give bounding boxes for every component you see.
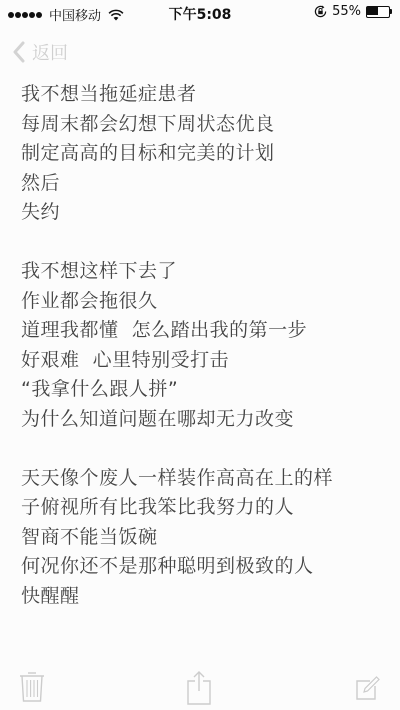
status-bar: 中国移动 下午5:08 55% xyxy=(0,0,400,26)
note-line: 每周末都会幻想下周状态优良 xyxy=(21,110,388,140)
back-chevron-icon xyxy=(12,41,26,63)
note-line: 好艰难 心里特别受打击 xyxy=(21,346,388,376)
note-text-area[interactable]: 我不想当拖延症患者 每周末都会幻想下周状态优良 制定高高的目标和完美的计划 然后… xyxy=(21,80,388,611)
compose-button[interactable] xyxy=(353,675,383,710)
note-line: 我不想当拖延症患者 xyxy=(21,80,388,110)
compose-icon xyxy=(355,675,381,701)
trash-icon xyxy=(18,670,46,704)
note-line: 子俯视所有比我笨比我努力的人 xyxy=(21,493,388,523)
back-label: 返回 xyxy=(32,39,68,65)
bottom-toolbar xyxy=(0,650,400,710)
note-line: 为什么知道问题在哪却无力改变 xyxy=(21,405,388,435)
blank-line xyxy=(21,434,388,464)
note-paragraph: 我不想这样下去了 作业都会拖很久 道理我都懂 怎么踏出我的第一步 好艰难 心里特… xyxy=(21,257,388,434)
share-button[interactable] xyxy=(184,670,214,706)
note-line: 智商不能当饭碗 xyxy=(21,523,388,553)
battery-icon xyxy=(366,6,392,18)
note-line: 失约 xyxy=(21,198,388,228)
note-line: 我不想这样下去了 xyxy=(21,257,388,287)
status-right: 55% xyxy=(314,4,392,19)
back-button[interactable]: 返回 xyxy=(12,34,68,70)
note-line: 然后 xyxy=(21,169,388,199)
note-paragraph: 我不想当拖延症患者 每周末都会幻想下周状态优良 制定高高的目标和完美的计划 然后… xyxy=(21,80,388,228)
note-line: 制定高高的目标和完美的计划 xyxy=(21,139,388,169)
note-line: 天天像个废人一样装作高高在上的样 xyxy=(21,464,388,494)
blank-line xyxy=(21,228,388,258)
note-line: 作业都会拖很久 xyxy=(21,287,388,317)
rotation-lock-icon xyxy=(314,5,327,18)
note-line: 快醒醒 xyxy=(21,582,388,612)
battery-percent: 55% xyxy=(332,4,361,19)
note-paragraph: 天天像个废人一样装作高高在上的样 子俯视所有比我笨比我努力的人 智商不能当饭碗 … xyxy=(21,464,388,612)
delete-button[interactable] xyxy=(17,670,47,706)
note-line: 何况你还不是那种聪明到极致的人 xyxy=(21,552,388,582)
note-line: “我拿什么跟人拼” xyxy=(21,375,388,405)
share-icon xyxy=(184,670,214,706)
note-line: 道理我都懂 怎么踏出我的第一步 xyxy=(21,316,388,346)
